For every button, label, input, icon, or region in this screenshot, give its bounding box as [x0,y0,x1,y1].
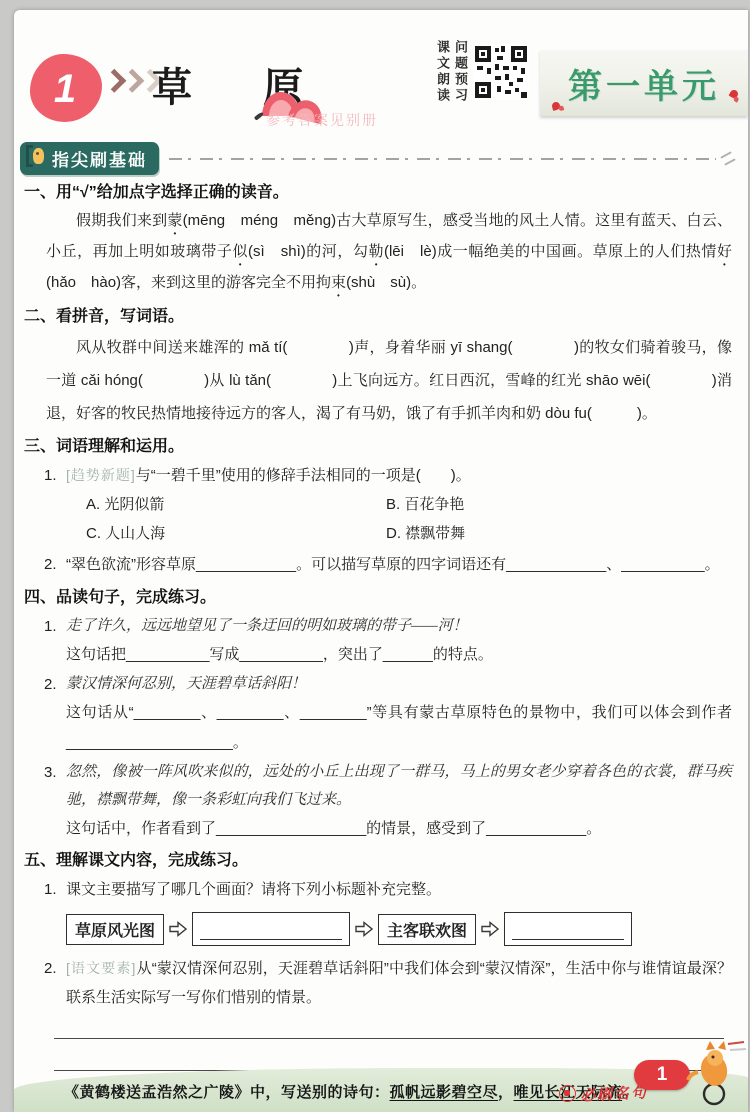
question-3-item-1: 1.[趋势新题]与“一碧千里”使用的修辞手法相同的一项是( )。 [24,461,732,490]
section-badge: 指尖刷基础 [20,142,159,175]
qr-code-icon [473,44,529,100]
question-2-passage: 风从牧群中间送来雄浑的 mǎ tí( )声，身着华丽 yī shang( )的牧… [46,331,732,430]
answer-blank-line: 这句话中，作者看到了__________________的情景，感受到了____… [66,814,732,844]
item-number: 2. [44,548,57,581]
section-badge-label: 指尖刷基础 [52,151,147,170]
question-2-title: 二、看拼音，写词语。 [24,303,732,331]
flowchart: 草原风光图 主客联欢图 [66,912,732,946]
flow-box-2-blank [192,912,350,946]
question-3-options-row-2: C. 人山人海 D. 襟飘带舞 [86,519,732,548]
answer-blank-line: 这句话把__________写成__________，突出了______的特点。 [66,640,732,670]
flow-box-4-blank [504,912,632,946]
question-3-options-row-1: A. 光阴似箭 B. 百花争艳 [86,490,732,519]
item-number: 2. [44,670,57,699]
question-1-passage: 假期我们来到蒙(mēng méng měng)古大草原写生，感受当地的风土人情。… [46,207,732,300]
question-5-title: 五、理解课文内容，完成练习。 [24,847,732,875]
passage-text: 假期我们来到 [76,212,167,229]
fox-mascot-icon [684,1036,748,1106]
page-number: 1 [657,1064,668,1086]
writing-line [54,1038,724,1039]
section-header-row: 指尖刷基础 [20,142,738,175]
qr-label-right: 问题预习 [452,40,469,114]
option-b: B. 百花争艳 [386,490,464,519]
item-number: 1. [44,461,57,490]
brand-mark: 必刷名句 [559,1083,648,1104]
flower-icon [551,101,561,111]
quote-sentence: 走了许久，远远地望见了一条迂回的明如玻璃的带子——河！ [66,612,732,640]
answer-note: 参考答案见别册 [266,110,426,130]
passage-text: (sì shì)的河，勾 [248,243,368,260]
mascot-icon [26,145,46,167]
lesson-number-blob: 1 [30,54,102,122]
quote-sentence: 蒙汉情深何忍别，天涯碧草话斜阳！ [66,670,732,698]
item-text: 课文主要描写了哪几个画面？请将下列小标题补充完整。 [66,881,441,898]
poem-comma: ， [498,1084,514,1101]
option-c: C. 人山人海 [86,519,386,548]
flow-box-3: 主客联欢图 [378,914,476,945]
item-number: 2. [44,954,57,983]
question-5-item-2: 2.[语文要素]从“蒙汉情深何忍别，天涯碧草话斜阳”中我们体会到“蒙汉情深”，生… [24,954,732,1012]
question-1-title: 一、用“√”给加点字选择正确的读音。 [24,179,732,207]
scribble-decoration [720,152,738,166]
lesson-number: 1 [54,67,76,112]
item-number: 3. [44,758,57,787]
dotted-character: 好 [717,243,732,260]
footer-famous-line: 《黄鹤楼送孟浩然之广陵》中，写送别的诗句：孤帆远影碧空尽，唯见长江天际流。 [64,1081,638,1102]
arrow-right-icon [481,921,499,937]
question-4-title: 四、品读句子，完成练习。 [24,584,732,612]
dotted-character: 似 [232,243,248,260]
qr-block: 课文朗读 问题预习 [434,40,529,114]
question-area: 一、用“√”给加点字选择正确的读音。 假期我们来到蒙(mēng méng měn… [24,176,732,1071]
unit-banner: 第一单元 [540,50,748,116]
page-number-badge: 1 [634,1060,690,1090]
qr-label-left: 课文朗读 [434,40,451,114]
item-text: 从“蒙汉情深何忍别，天涯碧草话斜阳”中我们体会到“蒙汉情深”，生活中你与谁情谊最… [66,960,732,1006]
poem-phrase-1: 孤帆远影碧空尽 [390,1084,499,1101]
item-number: 1. [44,875,57,904]
option-d: D. 襟飘带舞 [386,519,465,548]
flower-icon [729,89,740,100]
item-text: 与“一碧千里”使用的修辞手法相同的一项是( )。 [136,467,471,484]
answer-blank-line: 这句话从“________、________、________”等具有蒙古草原特… [66,698,732,758]
passage-text: (lēi lè)成一幅绝美的中国画。草原上的人们热情 [384,243,717,260]
item-text: “翠色欲流”形容草原____________。可以描写草原的四字词语还有____… [66,556,720,573]
question-5-item-1: 1.课文主要描写了哪几个画面？请将下列小标题补充完整。 [24,875,732,904]
passage-text: (hǎo hào)客，来到这里的游客完全不用拘 [46,274,331,291]
unit-title: 第一单元 [568,59,720,108]
question-4-item-2: 2. 蒙汉情深何忍别，天涯碧草话斜阳！ 这句话从“________、______… [24,670,732,758]
item-tag: [语文要素] [66,960,136,976]
item-number: 1. [44,612,57,641]
question-4-item-3: 3. 忽然，像被一阵风吹来似的，远处的小丘上出现了一群马，马上的男女老少穿着各色… [24,758,732,844]
passage-text: (shù sù)。 [346,274,426,291]
dashed-divider [169,157,716,160]
option-a: A. 光阴似箭 [86,490,386,519]
question-3-item-2: 2.“翠色欲流”形容草原____________。可以描写草原的四字词语还有__… [24,548,732,581]
item-tag: [趋势新题] [66,467,136,483]
arrow-right-icon [169,921,187,937]
question-4-item-1: 1. 走了许久，远远地望见了一条迂回的明如玻璃的带子——河！ 这句话把_____… [24,612,732,670]
brand-seal-icon [559,1085,576,1102]
flow-box-1: 草原风光图 [66,914,164,945]
dotted-character: 蒙 [167,212,182,229]
dotted-character: 束 [331,274,346,291]
arrow-right-icon [355,921,373,937]
quote-sentence: 忽然，像被一阵风吹来似的，远处的小丘上出现了一群马，马上的男女老少穿着各色的衣裳… [66,758,732,814]
worksheet-page: 1 草 原 参考答案见别册 课文朗读 问题预习 [14,10,748,1112]
question-3-title: 三、词语理解和运用。 [24,433,732,461]
dotted-character: 勒 [368,243,384,260]
poem-prefix: 《黄鹤楼送孟浩然之广陵》中，写送别的诗句： [64,1084,390,1101]
